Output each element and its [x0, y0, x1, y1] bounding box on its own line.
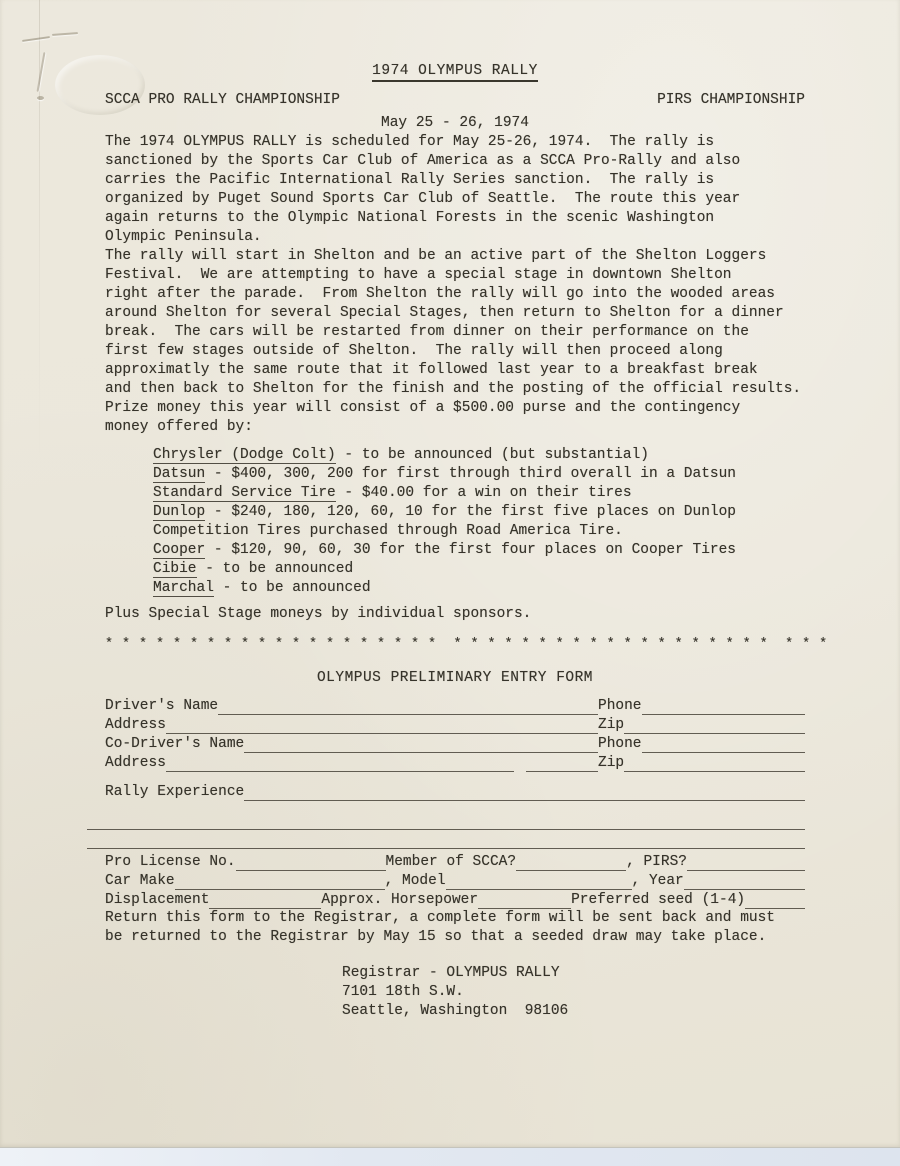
co-driver-zip-line: [624, 758, 805, 772]
document-title: 1974 OLYMPUS RALLY: [105, 62, 805, 81]
intro-paragraph: The 1974 OLYMPUS RALLY is scheduled for …: [105, 133, 805, 247]
member-scca-line: [516, 857, 626, 871]
zip-label: Zip: [598, 716, 624, 734]
sponsor-line-dunlop-continued: Competition Tires purchased through Road…: [153, 522, 805, 541]
displacement-line: [209, 895, 321, 909]
right-championship: PIRS CHAMPIONSHIP: [657, 91, 805, 110]
form-row-driver: Driver's Name Phone: [105, 696, 805, 715]
document-title-text: 1974 OLYMPUS RALLY: [372, 63, 538, 82]
displacement-label: Displacement: [105, 891, 209, 909]
zip-label: Zip: [598, 754, 624, 772]
sponsor-line-dunlop: Dunlop - $240, 180, 120, 60, 10 for the …: [153, 503, 805, 522]
asterisk-divider: * * * * * * * * * * * * * * * * * * * * …: [105, 635, 805, 654]
form-row-car: Car Make , Model , Year: [105, 871, 805, 890]
zip-line: [624, 720, 805, 734]
return-instructions: Return this form to the Registrar, a com…: [105, 909, 805, 947]
registrar-city: Seattle, Washington 98106: [342, 1002, 805, 1021]
address-line: [166, 720, 598, 734]
model-line: [446, 876, 632, 890]
phone-label: Phone: [598, 697, 642, 715]
co-drivers-name-label: Co-Driver's Name: [105, 735, 244, 753]
rally-experience-line: [244, 787, 805, 801]
registrar-address: Registrar - OLYMPUS RALLY 7101 18th S.W.…: [342, 964, 805, 1021]
member-scca-label: Member of SCCA?: [386, 853, 517, 871]
address-label: Address: [105, 716, 166, 734]
form-row-rally-experience: Rally Experience: [105, 782, 805, 801]
pro-license-label: Pro License No.: [105, 853, 236, 871]
registrar-name: Registrar - OLYMPUS RALLY: [342, 964, 805, 983]
phone-label: Phone: [598, 735, 642, 753]
phone-line: [642, 701, 805, 715]
co-driver-address-line-segment: [526, 758, 598, 772]
rally-experience-label: Rally Experience: [105, 783, 244, 801]
car-make-label: Car Make: [105, 872, 175, 890]
sponsor-line-cibie: Cibie - to be announced: [153, 560, 805, 579]
scan-edge-strip: [0, 1147, 900, 1166]
rally-experience-extra-line: [87, 830, 805, 849]
co-driver-address-line: [166, 758, 514, 772]
form-row-codriver: Co-Driver's Name Phone: [105, 734, 805, 753]
rally-experience-extra-line: [87, 811, 805, 830]
preferred-seed-line: [745, 895, 805, 909]
co-driver-phone-line: [642, 739, 805, 753]
sponsor-line-chrysler: Chrysler (Dodge Colt) - to be announced …: [153, 446, 805, 465]
sponsor-line-standard-service-tire: Standard Service Tire - $40.00 for a win…: [153, 484, 805, 503]
left-championship: SCCA PRO RALLY CHAMPIONSHIP: [105, 91, 340, 110]
model-label: , Model: [385, 872, 446, 890]
sponsor-list: Chrysler (Dodge Colt) - to be announced …: [105, 446, 805, 598]
form-row-license: Pro License No. Member of SCCA? , PIRS?: [105, 852, 805, 871]
registrar-street: 7101 18th S.W.: [342, 983, 805, 1002]
horsepower-line: [478, 895, 571, 909]
entry-form-title: OLYMPUS PRELIMINARY ENTRY FORM: [105, 669, 805, 688]
form-row-displacement: Displacement Approx. Horsepower Preferre…: [105, 890, 805, 909]
year-label: , Year: [632, 872, 684, 890]
drivers-name-line: [218, 701, 598, 715]
year-line: [684, 876, 805, 890]
document-content: 1974 OLYMPUS RALLY SCCA PRO RALLY CHAMPI…: [0, 0, 900, 1021]
document-page: 1974 OLYMPUS RALLY SCCA PRO RALLY CHAMPI…: [0, 0, 900, 1148]
sponsor-line-cooper: Cooper - $120, 90, 60, 30 for the first …: [153, 541, 805, 560]
sponsor-line-datsun: Datsun - $400, 300, 200 for first throug…: [153, 465, 805, 484]
drivers-name-label: Driver's Name: [105, 697, 218, 715]
horsepower-label: Approx. Horsepower: [321, 891, 478, 909]
car-make-line: [175, 876, 385, 890]
prize-intro: Prize money this year will consist of a …: [105, 399, 805, 437]
event-date: May 25 - 26, 1974: [105, 114, 805, 133]
address-label: Address: [105, 754, 166, 772]
co-drivers-name-line: [244, 739, 598, 753]
route-paragraph: The rally will start in Shelton and be a…: [105, 247, 805, 399]
scanned-document: 1974 OLYMPUS RALLY SCCA PRO RALLY CHAMPI…: [0, 0, 900, 1166]
preferred-seed-label: Preferred seed (1-4): [571, 891, 745, 909]
pro-license-line: [236, 857, 386, 871]
pirs-line: [687, 857, 805, 871]
form-row-address: Address Zip: [105, 715, 805, 734]
championship-row: SCCA PRO RALLY CHAMPIONSHIP PIRS CHAMPIO…: [105, 91, 805, 110]
pirs-label: , PIRS?: [626, 853, 687, 871]
sponsor-line-marchal: Marchal - to be announced: [153, 579, 805, 598]
form-row-codriver-address: Address Zip: [105, 753, 805, 772]
prize-footer: Plus Special Stage moneys by individual …: [105, 605, 805, 624]
